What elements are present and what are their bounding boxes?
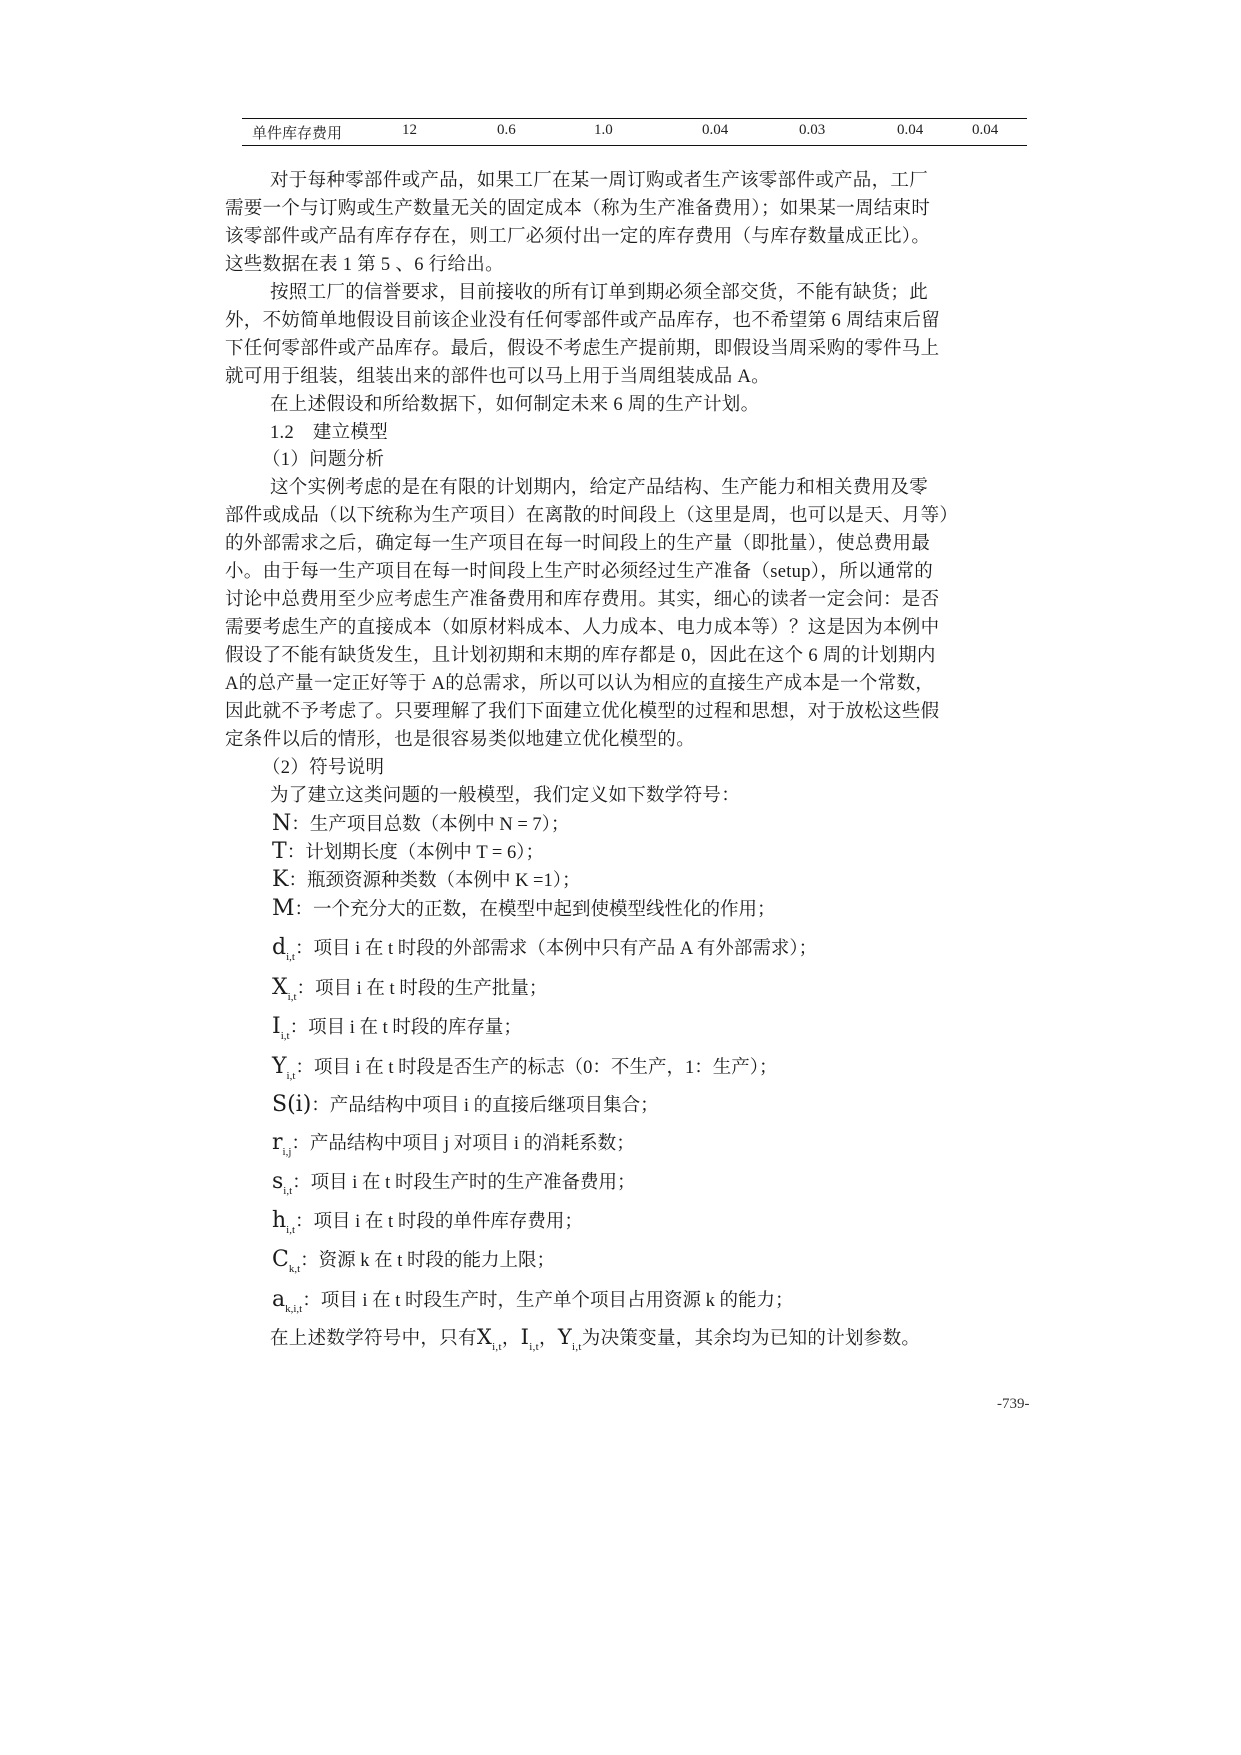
section-heading: 1.2 建立模型 (270, 420, 388, 446)
variable-subscript: i,t (572, 1341, 582, 1353)
symbol-definition: T：计划期长度（本例中 T = 6）； (272, 839, 544, 866)
symbol-description: ：产品结构中项目 j 对项目 i 的消耗系数； (291, 1134, 634, 1154)
symbol-subscript: i,t (286, 951, 295, 963)
subsection-heading: （1）问题分析 (262, 447, 384, 473)
symbol-description: ：项目 i 在 t 时段的外部需求（本例中只有产品 A 有外部需求）； (295, 939, 817, 959)
paragraph-line: 为了建立这类问题的一般模型，我们定义如下数学符号： (270, 783, 740, 809)
variable-i: I (521, 1325, 530, 1349)
symbol: T (272, 839, 287, 864)
document-page: 单件库存费用 12 0.6 1.0 0.04 0.03 0.04 0.04 对于… (0, 0, 1241, 1755)
symbol-description: ：资源 k 在 t 时段的能力上限； (300, 1251, 555, 1271)
symbol-subscript: i,t (286, 1224, 295, 1236)
paragraph-line: 按照工厂的信誉要求，目前接收的所有订单到期必须全部交货，不能有缺货；此 (270, 280, 928, 306)
symbol-subscript: k,i,t (285, 1303, 302, 1315)
table-cell: 0.04 (972, 122, 998, 139)
symbol-subscript: i,t (283, 1185, 292, 1197)
paragraph-line: 这些数据在表 1 第 5 、6 行给出。 (225, 252, 504, 278)
paragraph-line: 在上述假设和所给数据下，如何制定未来 6 周的生产计划。 (270, 392, 759, 418)
paragraph-line: 该零部件或产品有库存存在，则工厂必须付出一定的库存费用（与库存数量成正比）。 (225, 224, 930, 250)
symbol-description: ：生产项目总数（本例中 N = 7）； (291, 815, 569, 835)
symbol: Y (272, 1054, 287, 1079)
symbol-definition: ri,j：产品结构中项目 j 对项目 i 的消耗系数； (272, 1130, 635, 1165)
symbol-definition: Ck,t：资源 k 在 t 时段的能力上限； (272, 1247, 555, 1282)
table-cell: 0.04 (702, 122, 728, 139)
table-cell: 0.6 (497, 122, 516, 139)
symbol: I (272, 1014, 281, 1039)
closing-prefix: 在上述数学符号中，只有 (270, 1329, 477, 1349)
symbol-definition: Ii,t：项目 i 在 t 时段的库存量； (272, 1014, 522, 1049)
separator: ， (539, 1329, 558, 1349)
variable-y: Y (558, 1325, 572, 1349)
paragraph-line: 小。由于每一生产项目在每一时间段上生产时必须经过生产准备（setup），所以通常… (225, 559, 933, 585)
symbol: r (272, 1130, 283, 1155)
paragraph-line: 假设了不能有缺货发生，且计划初期和末期的库存都是 0，因此在这个 6 周的计划期… (225, 643, 936, 669)
symbol-description: ：项目 i 在 t 时段生产时，生产单个项目占用资源 k 的能力； (302, 1291, 793, 1311)
paragraph-line: 的外部需求之后，确定每一生产项目在每一时间段上的生产量（即批量），使总费用最 (225, 531, 930, 557)
symbol: K (272, 867, 288, 892)
symbol-definition: hi,t：项目 i 在 t 时段的单件库存费用； (272, 1208, 583, 1243)
paragraph-line: 对于每种零部件或产品，如果工厂在某一周订购或者生产该零部件或产品，工厂 (270, 168, 928, 194)
symbol-definition: K：瓶颈资源种类数（本例中 K =1）； (272, 867, 580, 894)
paragraph-line: 外，不妨简单地假设目前该企业没有任何零部件或产品库存，也不希望第 6 周结束后留 (225, 308, 940, 334)
symbol-subscript: i,t (281, 1030, 290, 1042)
page-number: -739- (997, 1396, 1030, 1413)
symbol: N (272, 811, 291, 836)
symbol-description: ：产品结构中项目 i 的直接后继项目集合； (311, 1096, 658, 1116)
separator: ， (502, 1329, 521, 1349)
paragraph-line: 下任何零部件或产品库存。最后，假设不考虑生产提前期，即假设当周采购的零件马上 (225, 336, 939, 362)
symbol-description: ：瓶颈资源种类数（本例中 K =1）； (288, 871, 580, 891)
symbol-subscript: k,t (289, 1263, 300, 1275)
symbol-definition: S(i)：产品结构中项目 i 的直接后继项目集合； (272, 1092, 659, 1119)
variable-x: X (477, 1325, 492, 1349)
symbol-description: ：项目 i 在 t 时段的单件库存费用； (295, 1212, 583, 1232)
symbol-definition: M：一个充分大的正数，在模型中起到使模型线性化的作用； (272, 896, 776, 923)
variable-subscript: i,t (529, 1341, 539, 1353)
symbol: s (272, 1169, 283, 1194)
symbol: h (272, 1208, 286, 1233)
symbol: X (272, 975, 288, 1000)
variable-subscript: i,t (492, 1341, 502, 1353)
symbol-description: ：项目 i 在 t 时段的库存量； (290, 1018, 522, 1038)
table-row-holding-cost: 单件库存费用 12 0.6 1.0 0.04 0.03 0.04 0.04 (242, 118, 1027, 146)
symbol-definition: ak,i,t：项目 i 在 t 时段生产时，生产单个项目占用资源 k 的能力； (272, 1287, 794, 1322)
symbol-definition: N：生产项目总数（本例中 N = 7）； (272, 811, 569, 838)
symbol-definition: di,t：项目 i 在 t 时段的外部需求（本例中只有产品 A 有外部需求）； (272, 935, 817, 970)
symbol-description: ：项目 i 在 t 时段生产时的生产准备费用； (292, 1173, 635, 1193)
subsection-heading: （2）符号说明 (262, 755, 384, 781)
paragraph-line: 需要一个与订购或生产数量无关的固定成本（称为生产准备费用）；如果某一周结束时 (225, 196, 930, 222)
symbol-description: ：项目 i 在 t 时段是否生产的标志（0：不生产，1：生产）； (295, 1058, 777, 1078)
symbol-subscript: i,t (288, 991, 297, 1003)
paragraph-line: 需要考虑生产的直接成本（如原材料成本、人力成本、电力成本等）？这是因为本例中 (225, 615, 939, 641)
symbol: S(i) (272, 1092, 311, 1117)
table-cell: 1.0 (594, 122, 613, 139)
table-cell: 0.04 (897, 122, 923, 139)
paragraph-line: 定条件以后的情形，也是很容易类似地建立优化模型的。 (225, 727, 695, 753)
paragraph-line: 因此就不予考虑了。只要理解了我们下面建立优化模型的过程和思想，对于放松这些假 (225, 699, 939, 725)
symbol-description: ：一个充分大的正数，在模型中起到使模型线性化的作用； (295, 900, 776, 920)
symbol-description: ：计划期长度（本例中 T = 6）； (287, 843, 544, 863)
table-row-label: 单件库存费用 (252, 122, 342, 143)
paragraph-line: A的总产量一定正好等于 A的总需求，所以可以认为相应的直接生产成本是一个常数， (225, 671, 934, 697)
closing-sentence: 在上述数学符号中，只有Xi,t，Ii,t，Yi,t为决策变量，其余均为已知的计划… (270, 1324, 920, 1360)
table-cell: 0.03 (799, 122, 825, 139)
closing-suffix: 为决策变量，其余均为已知的计划参数。 (582, 1329, 920, 1349)
symbol: M (272, 896, 295, 921)
symbol-definition: Xi,t：项目 i 在 t 时段的生产批量； (272, 975, 547, 1010)
table-cell: 12 (402, 122, 417, 139)
symbol-definition: Yi,t：项目 i 在 t 时段是否生产的标志（0：不生产，1：生产）； (272, 1054, 777, 1089)
symbol-description: ：项目 i 在 t 时段的生产批量； (297, 979, 548, 999)
paragraph-line: 部件或成品（以下统称为生产项目）在离散的时间段上（这里是周，也可以是天、月等） (225, 503, 958, 529)
paragraph-line: 这个实例考虑的是在有限的计划期内，给定产品结构、生产能力和相关费用及零 (270, 475, 928, 501)
symbol: d (272, 935, 286, 960)
symbol-definition: si,t：项目 i 在 t 时段生产时的生产准备费用； (272, 1169, 635, 1204)
paragraph-line: 就可用于组装，组装出来的部件也可以马上用于当周组装成品 A。 (225, 364, 770, 390)
symbol: C (272, 1247, 289, 1272)
symbol: a (272, 1287, 285, 1312)
paragraph-line: 讨论中总费用至少应考虑生产准备费用和库存费用。其实，细心的读者一定会问：是否 (225, 587, 939, 613)
